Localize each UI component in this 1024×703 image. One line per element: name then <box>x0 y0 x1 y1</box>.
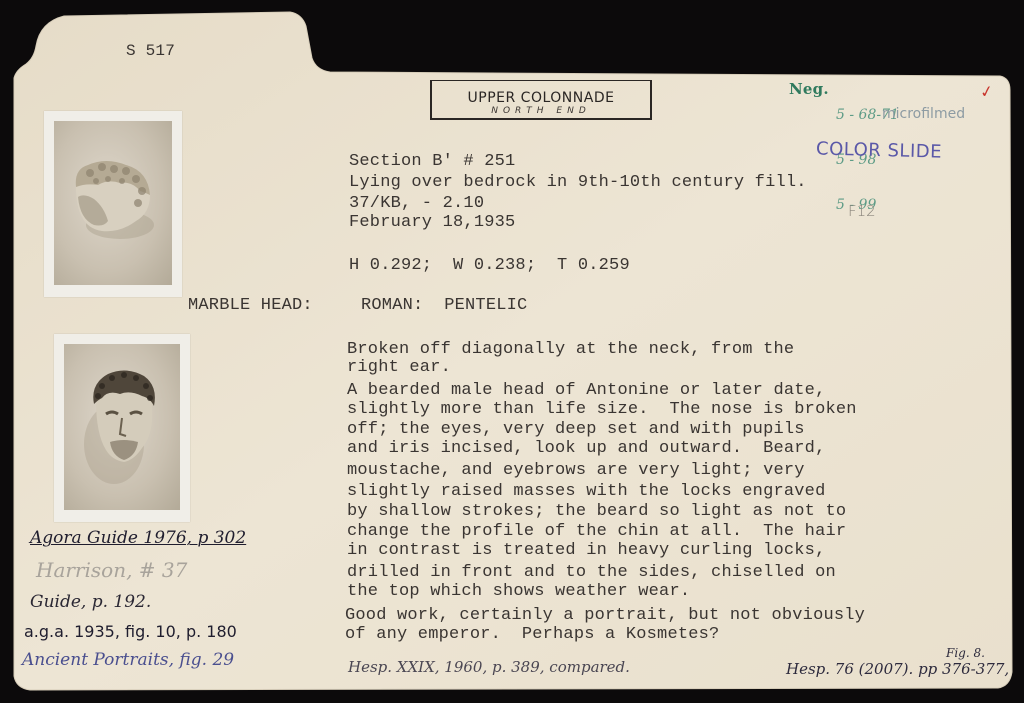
color-slide-stamp: COLOR SLIDE <box>816 138 943 162</box>
grid-line: 37/KB, - 2.10 <box>349 194 484 213</box>
location-stamp-main: UPPER COLONNADE <box>432 90 650 106</box>
description-line: of any emperor. Perhaps a Kosmetes? <box>345 625 719 644</box>
description-line: Broken off diagonally at the neck, from … <box>347 340 794 359</box>
bib-ancient-portraits: Ancient Portraits, fig. 29 <box>22 650 234 670</box>
negatives-label: Neg. <box>789 80 829 99</box>
date-line: February 18,1935 <box>349 213 515 232</box>
bib-agora-guide-1976: Agora Guide 1976, p 302 <box>30 528 246 548</box>
microfilmed-stamp: microfilmed <box>882 106 965 122</box>
description-line: A bearded male head of Antonine or later… <box>347 381 825 400</box>
description-line: slightly raised masses with the locks en… <box>347 482 825 501</box>
photo-three-quarter-view[interactable] <box>44 111 182 297</box>
bib-harrison: Harrison, # 37 <box>36 558 187 582</box>
description-line: Good work, certainly a portrait, but not… <box>345 606 865 625</box>
catalog-card: S 517 UPPER COLONNADE NORTH END Neg. 5 -… <box>0 0 1024 703</box>
description-line: change the profile of the chin at all. T… <box>347 522 846 541</box>
marble-head-image <box>54 121 172 285</box>
bib-hesperia-1960: Hesp. XXIX, 1960, p. 389, compared. <box>348 658 630 676</box>
description-line: moustache, and eyebrows are very light; … <box>347 461 805 480</box>
description-line: right ear. <box>347 358 451 377</box>
bib-aga-1935: a.g.a. 1935, fig. 10, p. 180 <box>24 622 237 641</box>
description-line: off; the eyes, very deep set and with pu… <box>347 420 805 439</box>
description-line: the top which shows weather wear. <box>347 582 690 601</box>
description-line: slightly more than life size. The nose i… <box>347 400 857 419</box>
description-line: drilled in front and to the sides, chise… <box>347 563 836 582</box>
marble-head-image <box>64 344 180 510</box>
description-line: by shallow strokes; the beard so light a… <box>347 502 846 521</box>
dimensions: H 0.292; W 0.238; T 0.259 <box>349 256 630 275</box>
photo-frontal-view[interactable] <box>54 334 190 522</box>
pencil-note: F12 <box>848 202 876 220</box>
context-line: Lying over bedrock in 9th-10th century f… <box>349 173 807 192</box>
location-stamp-sub: NORTH END <box>432 106 650 116</box>
bib-hesperia-2007: Hesp. 76 (2007). pp 376-377, <box>786 660 1009 678</box>
section-line: Section B' # 251 <box>349 152 515 171</box>
object-label: MARBLE HEAD: <box>188 296 313 315</box>
object-classification: ROMAN: PENTELIC <box>361 296 527 315</box>
bib-fig-note: Fig. 8. <box>946 646 985 660</box>
bib-guide-p192: Guide, p. 192. <box>30 592 151 612</box>
tab-number: S 517 <box>126 42 175 61</box>
location-stamp: UPPER COLONNADE NORTH END <box>430 80 652 120</box>
description-line: in contrast is treated in heavy curling … <box>347 541 825 560</box>
description-line: and iris incised, look up and outward. B… <box>347 439 825 458</box>
